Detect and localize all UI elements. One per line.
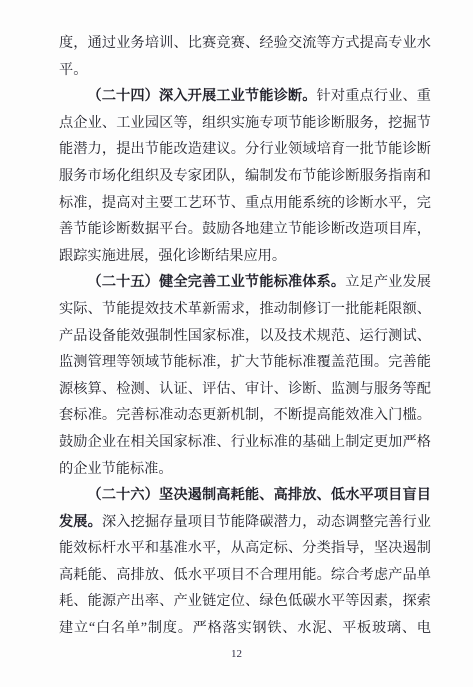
heading-text-segment: （二十五）健全完善工业节能标准体系。 <box>87 274 345 290</box>
document-page: 度，通过业务培训、比赛竞赛、经验交流等方式提高专业水平。（二十四）深入开展工业节… <box>0 0 473 687</box>
body-text-segment: 立足产业发展 <box>345 274 431 290</box>
text-line: 点企业、工业园区等，组织实施专项节能诊断服务，挖掘节 <box>59 110 431 137</box>
text-line: 的企业节能标准。 <box>59 456 431 483</box>
body-text-segment: 源核算、检测、认证、评估、审计、诊断、监测与服务等配 <box>59 381 431 397</box>
body-text-segment: 鼓励企业在相关国家标准、行业标准的基础上制定更加严格 <box>59 434 431 450</box>
text-line: 标准，提高对主要工艺环节、重点用能系统的诊断水平，完 <box>59 190 431 217</box>
heading-text-segment: （二十四）深入开展工业节能诊断。 <box>87 88 316 104</box>
text-line: 发展。深入挖掘存量项目节能降碳潜力，动态调整完善行业 <box>59 509 431 536</box>
text-line: （二十六）坚决遏制高耗能、高排放、低水平项目盲目 <box>59 482 431 509</box>
text-line: 源核算、检测、认证、评估、审计、诊断、监测与服务等配 <box>59 376 431 403</box>
body-text-block: 度，通过业务培训、比赛竞赛、经验交流等方式提高专业水平。（二十四）深入开展工业节… <box>59 30 431 642</box>
body-text-segment: 标准，提高对主要工艺环节、重点用能系统的诊断水平，完 <box>59 195 431 211</box>
body-text-segment: 的企业节能标准。 <box>59 461 173 477</box>
text-line: （二十五）健全完善工业节能标准体系。立足产业发展 <box>59 269 431 296</box>
body-text-segment: 针对重点行业、重 <box>317 88 431 104</box>
text-line: 高耗能、高排放、低水平项目不合理用能。综合考虑产品单 <box>59 562 431 589</box>
text-line: 套标准。完善标准动态更新机制，不断提高能效准入门槛。 <box>59 402 431 429</box>
body-text-segment: 建立“白名单”制度。严格落实钢铁、水泥、平板玻璃、电 <box>59 620 431 636</box>
text-line: 能效标杆水平和基准水平，从高定标、分类指导，坚决遏制 <box>59 535 431 562</box>
body-text-segment: 监测管理等领域节能标准，扩大节能标准覆盖范围。完善能 <box>59 354 431 370</box>
body-text-segment: 耗、能源产出率、产业链定位、绿色低碳水平等因素，探索 <box>59 593 431 609</box>
text-line: 平。 <box>59 57 431 84</box>
heading-text-segment: 发展。 <box>59 514 102 530</box>
text-line: （二十四）深入开展工业节能诊断。针对重点行业、重 <box>59 83 431 110</box>
text-line: 度，通过业务培训、比赛竞赛、经验交流等方式提高专业水 <box>59 30 431 57</box>
text-line: 耗、能源产出率、产业链定位、绿色低碳水平等因素，探索 <box>59 588 431 615</box>
body-text-segment: 能潜力，提出节能改造建议。分行业领域培育一批节能诊断 <box>59 141 431 157</box>
body-text-segment: 套标准。完善标准动态更新机制，不断提高能效准入门槛。 <box>59 407 431 423</box>
text-line: 能潜力，提出节能改造建议。分行业领域培育一批节能诊断 <box>59 136 431 163</box>
body-text-segment: 点企业、工业园区等，组织实施专项节能诊断服务，挖掘节 <box>59 115 431 131</box>
body-text-segment: 深入挖掘存量项目节能降碳潜力，动态调整完善行业 <box>102 514 431 530</box>
text-line: 实际、节能提效技术革新需求，推动制修订一批能耗限额、 <box>59 296 431 323</box>
body-text-segment: 能效标杆水平和基准水平，从高定标、分类指导，坚决遏制 <box>59 540 431 556</box>
heading-text-segment: （二十六）坚决遏制高耗能、高排放、低水平项目盲目 <box>87 487 431 503</box>
text-line: 产品设备能效强制性国家标准，以及技术规范、运行测试、 <box>59 323 431 350</box>
text-line: 鼓励企业在相关国家标准、行业标准的基础上制定更加严格 <box>59 429 431 456</box>
body-text-segment: 度，通过业务培训、比赛竞赛、经验交流等方式提高专业水 <box>59 35 431 51</box>
body-text-segment: 实际、节能提效技术革新需求，推动制修订一批能耗限额、 <box>59 301 431 317</box>
text-line: 监测管理等领域节能标准，扩大节能标准覆盖范围。完善能 <box>59 349 431 376</box>
body-text-segment: 善节能诊断数据平台。鼓励各地建立节能诊断改造项目库， <box>59 221 431 237</box>
page-number: 12 <box>0 646 473 662</box>
body-text-segment: 平。 <box>59 62 87 78</box>
body-text-segment: 高耗能、高排放、低水平项目不合理用能。综合考虑产品单 <box>59 567 431 583</box>
text-line: 服务市场化组织及专家团队，编制发布节能诊断服务指南和 <box>59 163 431 190</box>
body-text-segment: 跟踪实施进展，强化诊断结果应用。 <box>59 248 286 264</box>
text-line: 善节能诊断数据平台。鼓励各地建立节能诊断改造项目库， <box>59 216 431 243</box>
body-text-segment: 产品设备能效强制性国家标准，以及技术规范、运行测试、 <box>59 328 431 344</box>
body-text-segment: 服务市场化组织及专家团队，编制发布节能诊断服务指南和 <box>59 168 431 184</box>
text-line: 建立“白名单”制度。严格落实钢铁、水泥、平板玻璃、电 <box>59 615 431 642</box>
text-line: 跟踪实施进展，强化诊断结果应用。 <box>59 243 431 270</box>
